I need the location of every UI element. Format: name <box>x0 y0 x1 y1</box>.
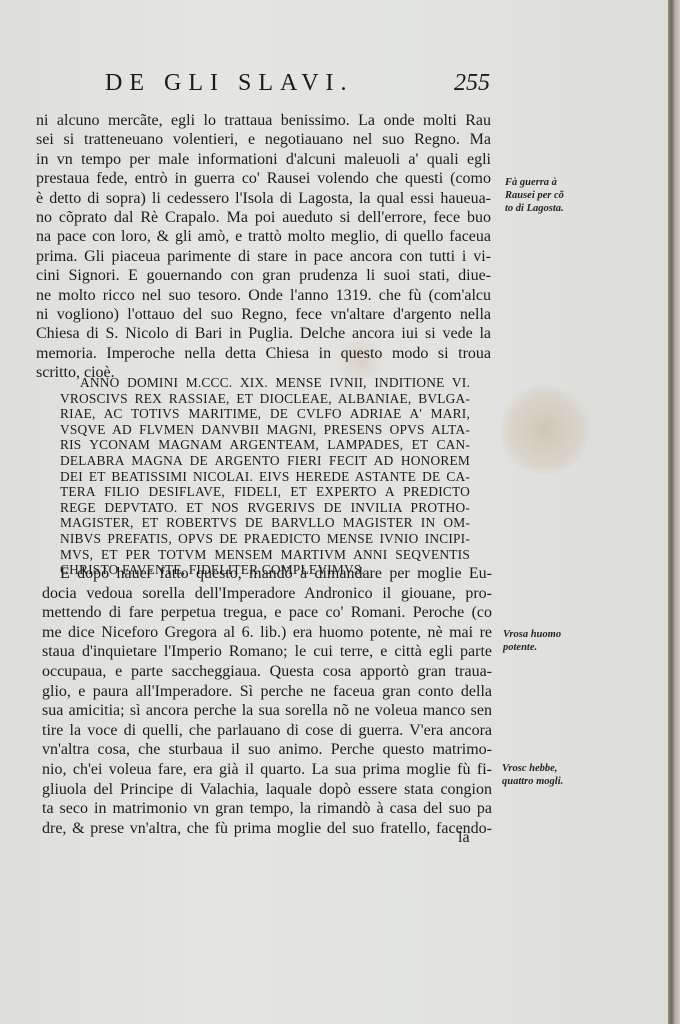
paragraph-1: ni alcuno mercãte, egli lo trattaua beni… <box>36 111 491 383</box>
text-line: memoria. Imperoche nella detta Chiesa in… <box>36 344 491 363</box>
text-line: ta seco in matrimonio vn gran tempo, la … <box>42 799 492 819</box>
text-line: in vn tempo per male informationi d'alcu… <box>36 150 491 169</box>
text-line: E dopò hauer fatto questo, mandò à diman… <box>42 564 492 584</box>
text-line: staua d'inquietare l'Imperio Romano; le … <box>42 642 492 662</box>
text-line: Chiesa di S. Nicolo di Bari in Puglia. D… <box>36 324 491 343</box>
text-line: nio, ch'ei voleua fare, era già il quart… <box>42 760 492 780</box>
paper-stain <box>500 385 590 475</box>
text-line: prima. Gli piaceua parimente di stare in… <box>36 247 491 266</box>
margin-note-line: Vrosa huomo <box>503 628 583 641</box>
margin-note-line: to di Lagosta. <box>505 202 585 215</box>
text-line: docia vedoua sorella dell'Imperadore And… <box>42 584 492 604</box>
margin-note-line: potente. <box>503 641 583 654</box>
inscription-line: RIS YCONAM MAGNAM ARGENTEAM, LAMPADES, E… <box>60 437 470 453</box>
text-line: na pace con loro, & gli amò, e trattò mo… <box>36 227 491 246</box>
text-line: sei si tratteneuano volentieri, e negoti… <box>36 130 491 149</box>
text-line: è detto di sopra) li cedessero l'Isola d… <box>36 189 491 208</box>
inscription-line: NIBVS PREFATIS, OPVS DE PRAEDICTO MENSE … <box>60 531 470 547</box>
inscription-line: REGE DEPVTATO. ET NOS RVGERIVS DE INVILI… <box>60 500 470 516</box>
text-line: mettendo di fare perpetua tregua, e pace… <box>42 603 492 623</box>
margin-note-line: Vrosc hebbe, <box>502 762 582 775</box>
page-edge <box>668 0 680 1024</box>
margin-note-war-with-rausei: Fà guerra à Rausei per cõ to di Lagosta. <box>505 176 585 215</box>
text-line: ni vogliono) l'ottauo del suo Regno, fec… <box>36 305 491 324</box>
text-line: me dice Niceforo Gregora al 6. lib.) era… <box>42 623 492 643</box>
page-header: DE GLI SLAVI. 255 <box>105 70 490 104</box>
inscription-line: MVS, ET PER TOTVM MENSEM MARTIVM ANNI SE… <box>60 547 470 563</box>
text-line: cini Signori. E gouernando con gran prud… <box>36 266 491 285</box>
margin-note-line: Rausei per cõ <box>505 189 585 202</box>
margin-note-powerful-man: Vrosa huomo potente. <box>503 628 583 654</box>
inscription-line: TERA FILIO DESIFLAVE, FIDELI, ET EXPERTO… <box>60 484 470 500</box>
text-line: prestaua fede, entrò in guerra co' Rause… <box>36 169 491 188</box>
margin-note-line: Fà guerra à <box>505 176 585 189</box>
inscription-line: DEI ET BEATISSIMI NICOLAI. EIVS HEREDE A… <box>60 469 470 485</box>
inscription-line: MAGISTER, ET ROBERTVS DE BARVLLO MAGISTE… <box>60 515 470 531</box>
text-line: occupaua, e parte saccheggiaua. Questa c… <box>42 662 492 682</box>
text-line: ne molto ricco nel suo tesoro. Onde l'an… <box>36 286 491 305</box>
catchword: la <box>458 829 470 847</box>
inscription-line: DELABRA MAGNA DE ARGENTO FIERI FECIT AD … <box>60 453 470 469</box>
inscription-line: ANNO DOMINI M.CCC. XIX. MENSE IVNII, IND… <box>60 375 470 391</box>
text-line: no cõprato dal Rè Crapalo. Ma poi auedut… <box>36 208 491 227</box>
text-line: glio, e paura all'Imperadore. Sì perche … <box>42 682 492 702</box>
text-line: sua amicitia; sì ancora perche la sua so… <box>42 701 492 721</box>
running-title: DE GLI SLAVI. <box>105 70 354 97</box>
margin-note-four-wives: Vrosc hebbe, quattro mogli. <box>502 762 582 788</box>
inscription-line: RIAE, AC TOTIVS MARITIME, DE CVLFO ADRIA… <box>60 406 470 422</box>
text-line: vn'altra cosa, che sturbaua il suo animo… <box>42 740 492 760</box>
page-number: 255 <box>454 70 490 97</box>
text-line: ni alcuno mercãte, egli lo trattaua beni… <box>36 111 491 130</box>
text-line: tire la voce di quelli, che parlauano di… <box>42 721 492 741</box>
margin-note-line: quattro mogli. <box>502 775 582 788</box>
inscription-line: VSQVE AD FLVMEN DANVBII MAGNI, PRESENS O… <box>60 422 470 438</box>
text-line: gliuola del Principe di Valachia, laqual… <box>42 780 492 800</box>
paragraph-2: E dopò hauer fatto questo, mandò à diman… <box>42 564 492 838</box>
inscription-block: ANNO DOMINI M.CCC. XIX. MENSE IVNII, IND… <box>60 375 470 578</box>
text-line: dre, & prese vn'altra, che fù prima mogl… <box>42 819 492 839</box>
inscription-line: VROSCIVS REX RASSIAE, ET DIOCLEAE, ALBAN… <box>60 391 470 407</box>
